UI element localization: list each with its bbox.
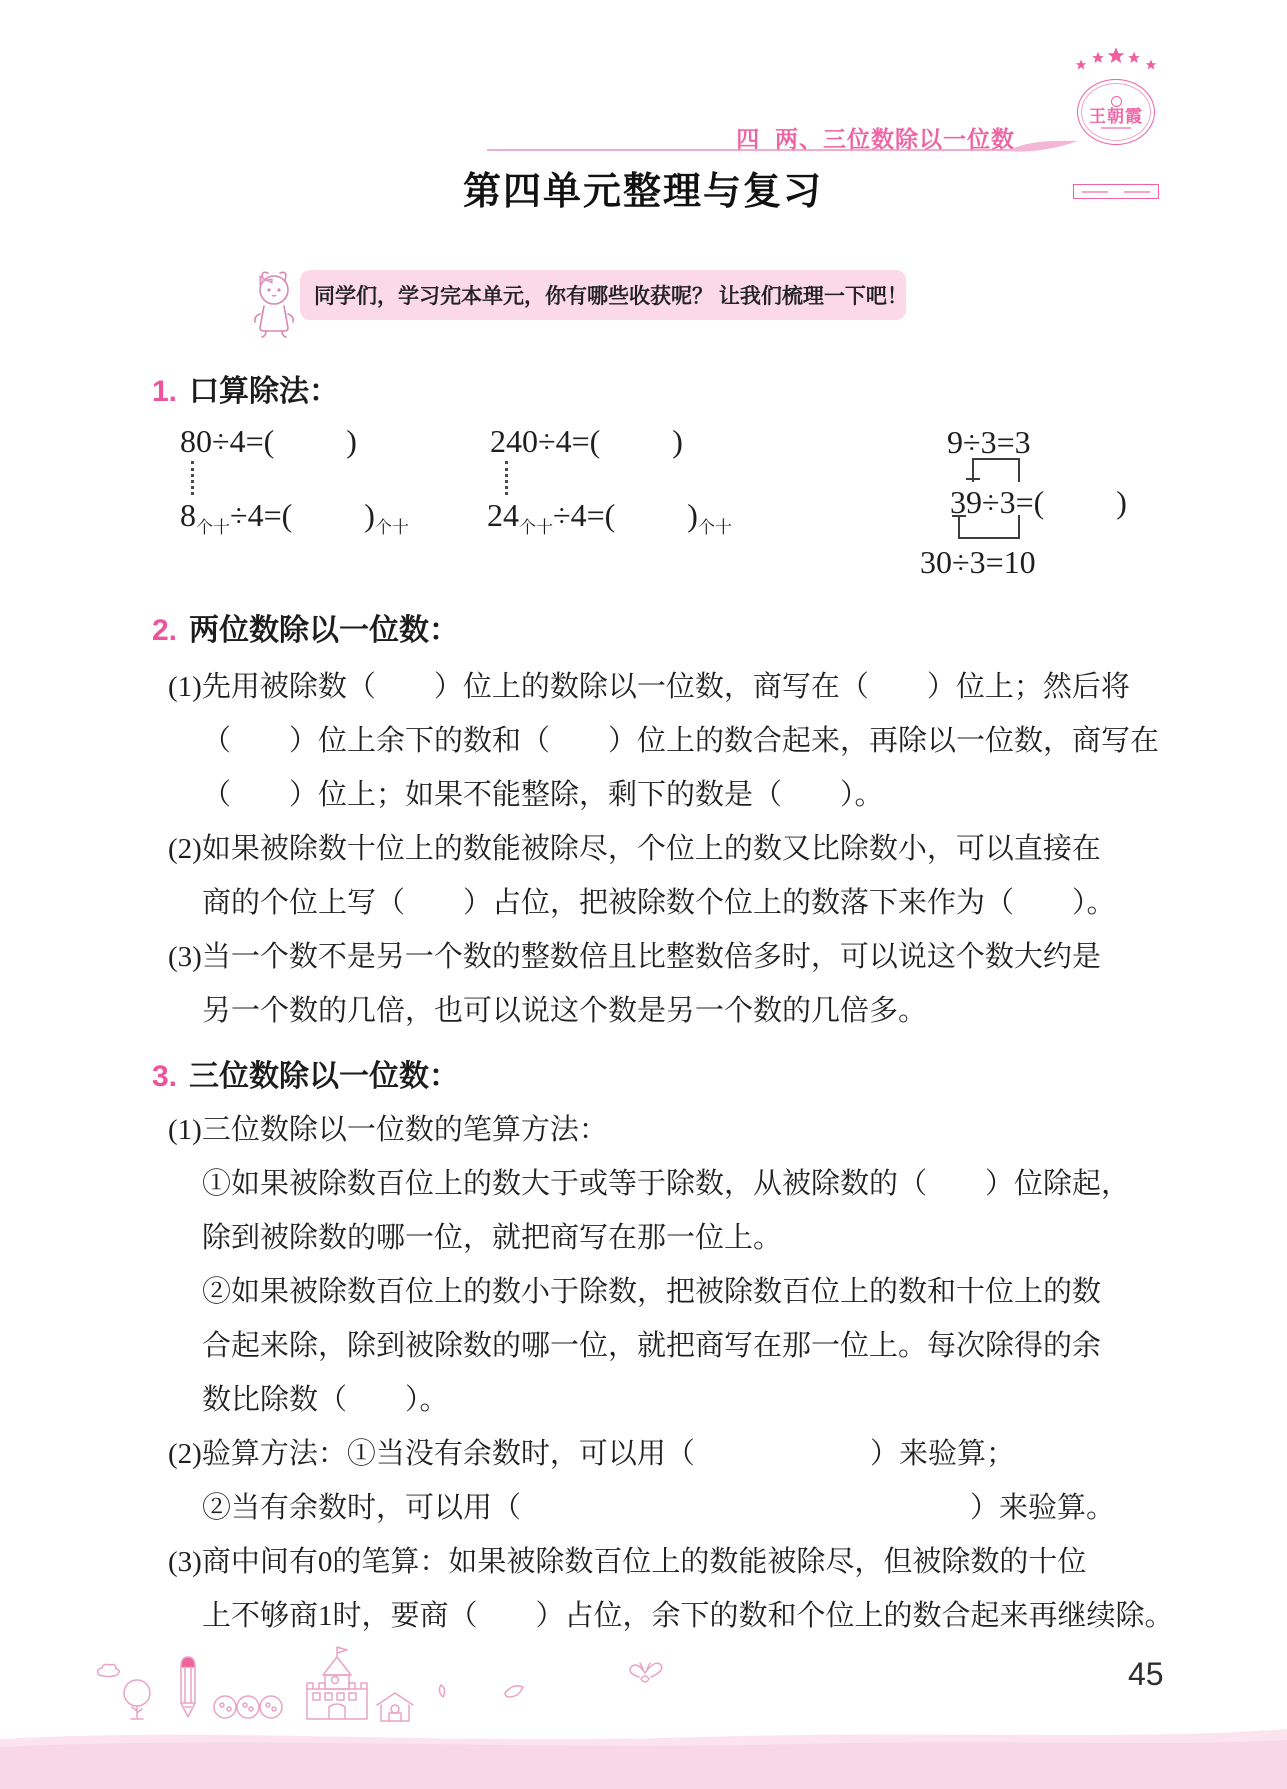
tens-subscript: 个十 [698, 518, 732, 537]
text-line: (3)商中间有0的笔算：如果被除数百位上的数能被除尽，但被除数的十位 [168, 1535, 1120, 1589]
division-blank: ÷4=( ) [230, 497, 375, 533]
page-title: 第四单元整理与复习 [463, 160, 823, 215]
logo-banner [1073, 184, 1159, 199]
intro-bubble: 同学们，学习完本单元，你有哪些收获呢？ 让我们梳理一下吧！ [300, 270, 906, 320]
tens-subscript: 个十 [375, 518, 409, 537]
dividend: 8 [180, 497, 196, 533]
digit-link-tick [952, 515, 966, 517]
section-2-number: 2. [152, 614, 177, 648]
tree-icon [124, 1680, 150, 1706]
text-line: 合起来除，除到被除数的哪一位，就把商写在那一位上。每次除得的余 [168, 1319, 1120, 1373]
leaf-icon [505, 1686, 523, 1697]
relation-dotted-line [505, 461, 508, 495]
text-line: 除到被除数的哪一位，就把商写在那一位上。 [168, 1211, 1120, 1265]
answer-blank-space [521, 1481, 970, 1535]
seal-crown-mark [1111, 96, 1122, 107]
text-segment: ）来验算； [870, 1427, 1015, 1481]
section-3-number: 3. [152, 1060, 177, 1094]
division-blank: ÷4=( ) [553, 497, 698, 533]
logo-seal: 王朝霞 [1077, 79, 1155, 145]
footer-wave-band [0, 1717, 1287, 1789]
section-2-heading: 2. 两位数除以一位数： [152, 605, 459, 649]
workbook-page: 四 两、三位数除以一位数 王朝霞 第四单元整理与复习 [0, 0, 1287, 1789]
section-3-title: 三位数除以一位数： [189, 1051, 459, 1095]
leaf-icon [439, 1685, 444, 1697]
brand-logo: 王朝霞 [1070, 48, 1162, 160]
logo-text: 王朝霞 [1089, 108, 1143, 125]
section-3-heading: 3. 三位数除以一位数： [152, 1051, 459, 1095]
logo-stars-icon [1070, 48, 1162, 72]
section-1-number: 1. [152, 375, 177, 409]
section-2-body: (1)先用被除数（ ）位上的数除以一位数，商写在（ ）位上；然后将 （ ）位上余… [168, 660, 1120, 1038]
text-line: ①如果被除数百位上的数大于或等于除数，从被除数的（ ）位除起， [168, 1157, 1120, 1211]
equation-80-div-4: 80÷4=( ) [180, 423, 357, 460]
text-line: (3)当一个数不是另一个数的整数倍且比整数倍多时，可以说这个数大约是 [168, 930, 1120, 984]
banner-dash [1124, 191, 1150, 193]
pencil-icon [181, 1657, 195, 1717]
mascot-icon [246, 268, 302, 340]
text-line: 上不够商1时，要商（ ）占位，余下的数和个位上的数合起来再继续除。 [168, 1589, 1120, 1643]
equation-240-div-4: 240÷4=( ) [490, 423, 683, 460]
section-3-body: (1)三位数除以一位数的笔算方法： ①如果被除数百位上的数大于或等于除数，从被除… [168, 1103, 1120, 1643]
text-segment: (2)验算方法：①当没有余数时，可以用（ [168, 1427, 695, 1481]
text-line: (1)先用被除数（ ）位上的数除以一位数，商写在（ ）位上；然后将 [168, 660, 1120, 714]
text-segment: ②当有余数时，可以用（ [202, 1481, 521, 1535]
chapter-header: 四 两、三位数除以一位数 [736, 121, 1015, 154]
tens-subscript: 个十 [519, 518, 553, 537]
dividend: 24 [487, 497, 519, 533]
seal-caption-dashes [1101, 127, 1131, 129]
check-method-line-2: ②当有余数时，可以用（ ）来验算。 [168, 1481, 1115, 1535]
intro-bubble-text: 同学们，学习完本单元，你有哪些收获呢？ 让我们梳理一下吧！ [314, 280, 908, 310]
relation-dotted-line [191, 461, 194, 495]
digit-link-tick [966, 478, 980, 480]
equation-9-div-3: 9÷3=3 [947, 424, 1031, 461]
text-line: 商的个位上写（ ）占位，把被除数个位上的数落下来作为（ ）。 [168, 876, 1120, 930]
text-segment: ）来验算。 [970, 1481, 1115, 1535]
section-1-title: 口算除法： [189, 366, 339, 410]
text-line: (2)如果被除数十位上的数能被除尽，个位上的数又比除数小，可以直接在 [168, 822, 1120, 876]
butterfly-icon [630, 1663, 662, 1682]
page-number: 45 [1128, 1656, 1164, 1693]
check-method-line-1: (2)验算方法：①当没有余数时，可以用（ ）来验算； [168, 1427, 1015, 1481]
tens-subscript: 个十 [196, 518, 230, 537]
text-line: ②如果被除数百位上的数小于除数，把被除数百位上的数和十位上的数 [168, 1265, 1120, 1319]
section-2-title: 两位数除以一位数： [189, 605, 459, 649]
cloud-icon [98, 1664, 120, 1676]
castle-icon [307, 1647, 367, 1719]
section-1-heading: 1. 口算除法： [152, 366, 339, 410]
equation-30-div-3: 30÷3=10 [920, 544, 1036, 581]
text-line: (1)三位数除以一位数的笔算方法： [168, 1103, 1120, 1157]
text-line: （ ）位上余下的数和（ ）位上的数合起来，再除以一位数，商写在 [168, 714, 1120, 768]
bushes-icon [214, 1696, 282, 1718]
equation-8-tens-div-4: 8个十÷4=( )个十 [180, 497, 409, 538]
text-line: 另一个数的几倍，也可以说这个数是另一个数的几倍多。 [168, 984, 1120, 1038]
answer-blank-space [695, 1427, 870, 1481]
equation-24-tens-div-4: 24个十÷4=( )个十 [487, 497, 732, 538]
digit-link-bracket-bottom [958, 515, 1020, 539]
text-line: 数比除数（ ）。 [168, 1373, 1120, 1427]
text-line: （ ）位上；如果不能整除，剩下的数是（ ）。 [168, 768, 1120, 822]
banner-dash [1082, 191, 1108, 193]
